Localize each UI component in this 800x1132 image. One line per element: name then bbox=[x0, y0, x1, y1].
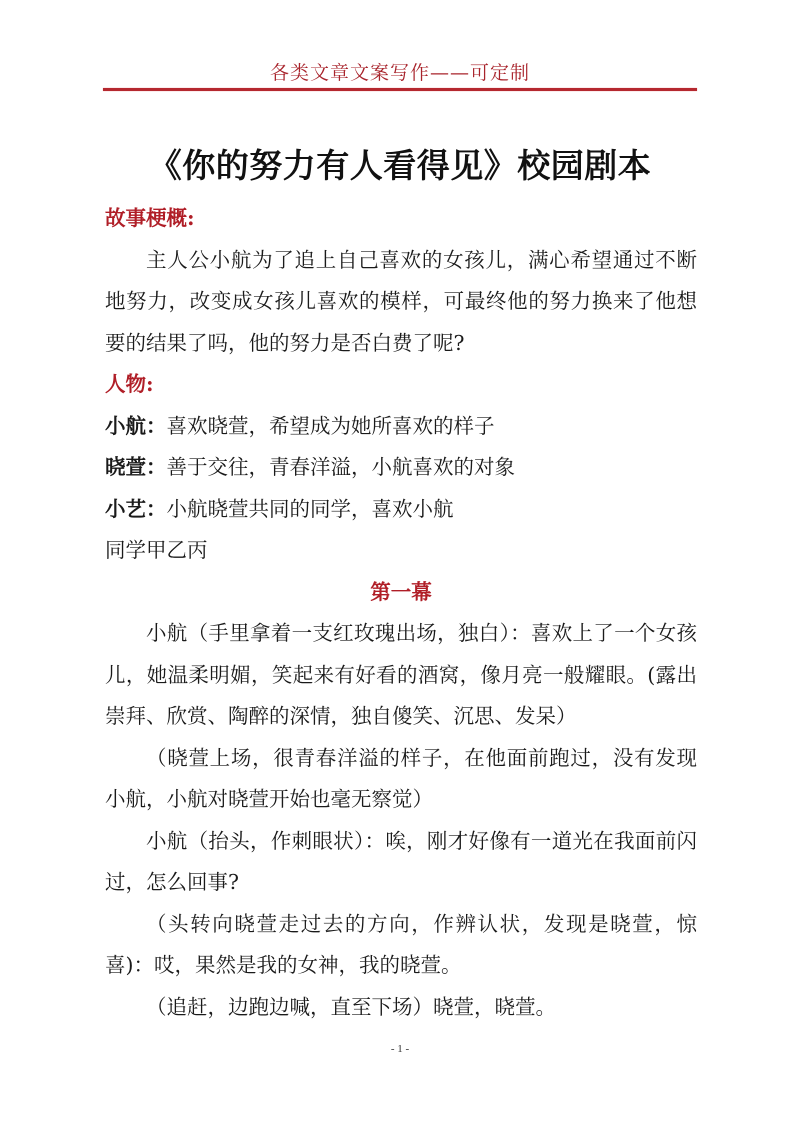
act-title: 第一幕 bbox=[105, 572, 697, 614]
document-title: 《你的努力有人看得见》校园剧本 bbox=[0, 140, 800, 187]
script-paragraph: （晓萱上场，很青春洋溢的样子，在他面前跑过，没有发现小航，小航对晓萱开始也毫无察… bbox=[105, 738, 697, 821]
script-paragraph: 小航（抬头，作刺眼状）：唉，刚才好像有一道光在我面前闪过，怎么回事? bbox=[105, 821, 697, 904]
character-description: 喜欢晓萱，希望成为她所喜欢的样子 bbox=[167, 414, 495, 438]
character-item: 小艺：小航晓萱共同的同学，喜欢小航 bbox=[105, 489, 697, 531]
script-paragraph: （追赶，边跑边喊，直至下场）晓萱，晓萱。 bbox=[105, 987, 697, 1029]
character-description: 小航晓萱共同的同学，喜欢小航 bbox=[167, 497, 454, 521]
character-item: 小航：喜欢晓萱，希望成为她所喜欢的样子 bbox=[105, 406, 697, 448]
character-separator: ： bbox=[146, 414, 167, 438]
script-paragraph: 小航（手里拿着一支红玫瑰出场，独白）：喜欢上了一个女孩儿，她温柔明媚，笑起来有好… bbox=[105, 613, 697, 738]
character-extra: 同学甲乙丙 bbox=[105, 530, 697, 572]
characters-label: 人物: bbox=[105, 364, 697, 406]
document-page: 各类文章文案写作——可定制 《你的努力有人看得见》校园剧本 故事梗概: 主人公小… bbox=[0, 0, 800, 1132]
header-rule bbox=[103, 88, 697, 91]
page-header: 各类文章文案写作——可定制 bbox=[0, 58, 800, 85]
character-separator: ： bbox=[146, 497, 167, 521]
synopsis-label: 故事梗概: bbox=[105, 198, 697, 240]
character-name: 小航 bbox=[105, 414, 146, 438]
character-name: 晓萱 bbox=[105, 455, 146, 479]
synopsis-text: 主人公小航为了追上自己喜欢的女孩儿，满心希望通过不断地努力，改变成女孩儿喜欢的模… bbox=[105, 240, 697, 365]
character-separator: ： bbox=[146, 455, 167, 479]
document-body: 故事梗概: 主人公小航为了追上自己喜欢的女孩儿，满心希望通过不断地努力，改变成女… bbox=[105, 198, 697, 1028]
character-item: 晓萱：善于交往，青春洋溢，小航喜欢的对象 bbox=[105, 447, 697, 489]
character-name: 小艺 bbox=[105, 497, 146, 521]
script-paragraph: （头转向晓萱走过去的方向，作辨认状，发现是晓萱，惊喜)：哎，果然是我的女神，我的… bbox=[105, 904, 697, 987]
character-description: 善于交往，青春洋溢，小航喜欢的对象 bbox=[167, 455, 516, 479]
page-number: - 1 - bbox=[0, 1043, 800, 1055]
